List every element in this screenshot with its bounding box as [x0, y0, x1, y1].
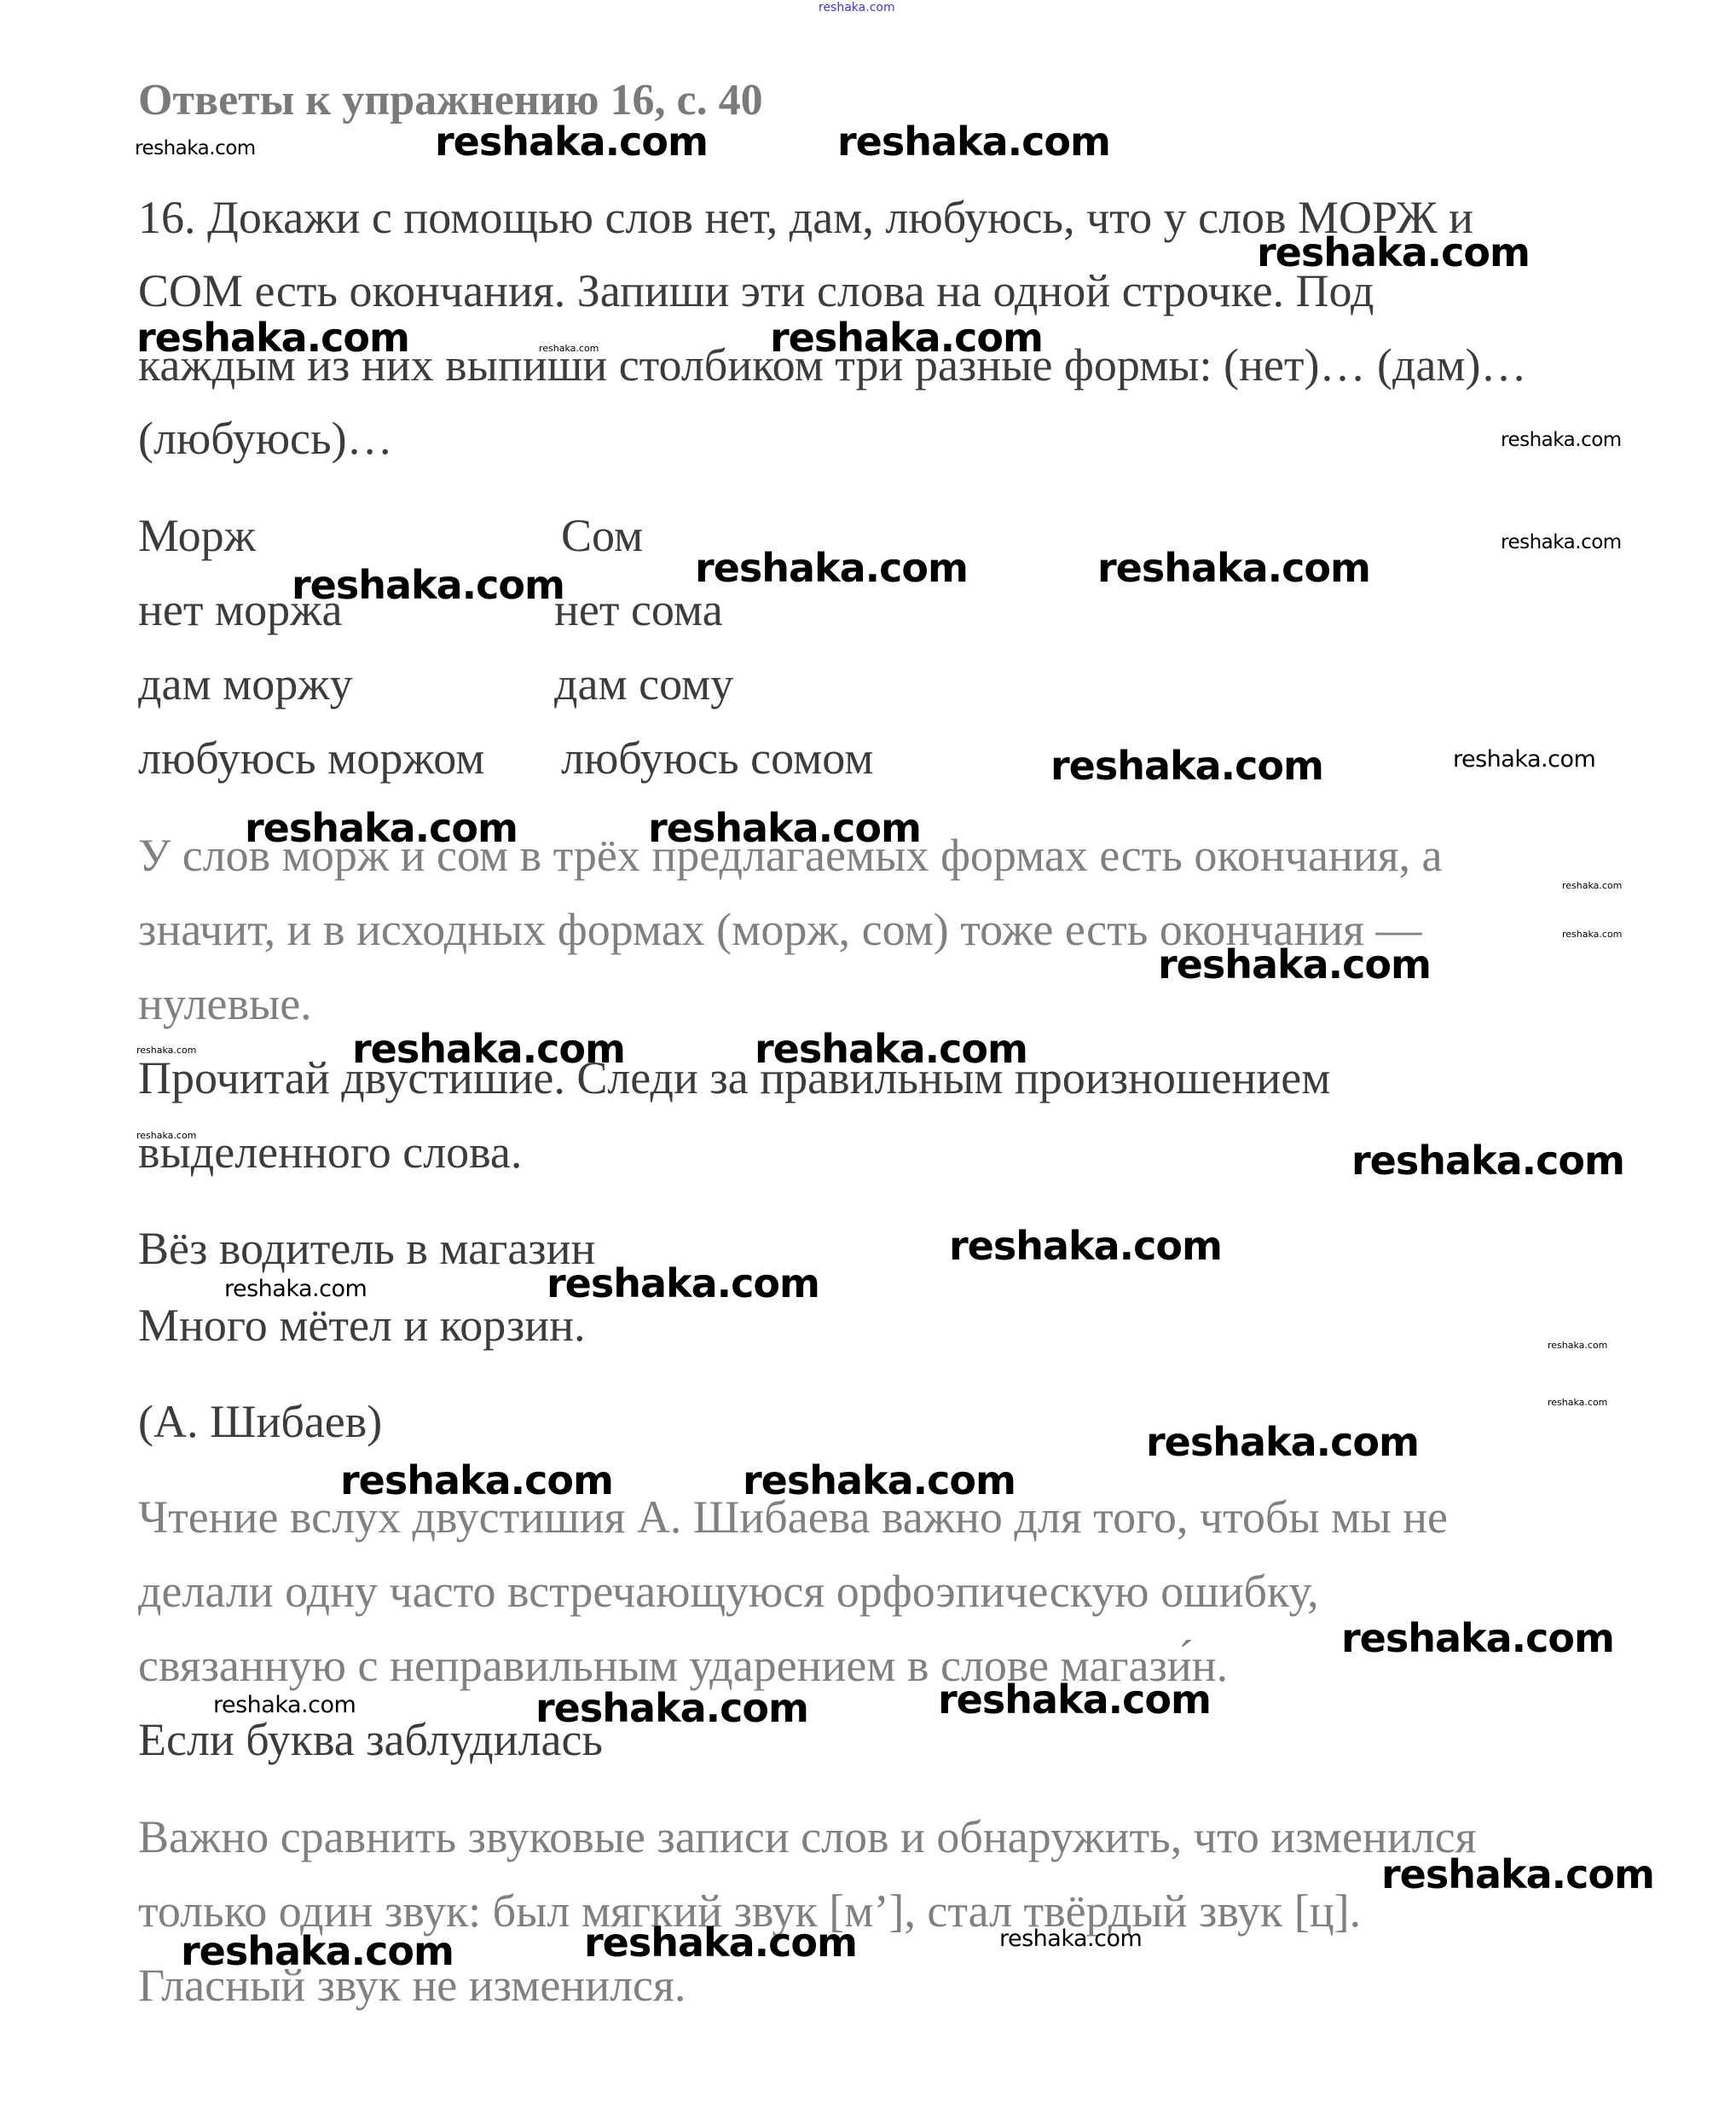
- table-cell: любуюсь моржом: [138, 735, 484, 781]
- watermark: reshaka.com: [547, 1264, 819, 1303]
- poem-author: (А. Шибаев): [138, 1399, 382, 1445]
- watermark: reshaka.com: [135, 139, 256, 159]
- table-cell: нет сома: [554, 587, 723, 633]
- watermark: reshaka.com: [136, 1045, 196, 1055]
- answer-line: нулевые.: [138, 981, 312, 1027]
- watermark: reshaka.com: [1501, 533, 1622, 553]
- watermark: reshaka.com: [1501, 431, 1622, 450]
- watermark: reshaka.com: [136, 1131, 196, 1140]
- watermark: reshaka.com: [648, 808, 921, 848]
- poem-line: Много мётел и корзин.: [138, 1302, 586, 1348]
- watermark: reshaka.com: [224, 1277, 367, 1300]
- answer-line: делали одну часто встречающуюся орфоэпич…: [138, 1568, 1319, 1614]
- answer-line: Важно сравнить звуковые записи слов и об…: [138, 1814, 1476, 1860]
- column-header-som: Сом: [561, 513, 643, 559]
- watermark: reshaka.com: [949, 1226, 1222, 1265]
- watermark: reshaka.com: [695, 548, 968, 588]
- watermark: reshaka.com: [1351, 1141, 1624, 1180]
- watermark: reshaka.com: [1562, 881, 1622, 890]
- watermark: reshaka.com: [1548, 1398, 1607, 1407]
- watermark: reshaka.com: [181, 1931, 454, 1971]
- watermark: reshaka.com: [999, 1927, 1142, 1950]
- column-header-morzh: Морж: [138, 513, 256, 559]
- watermark: reshaka.com: [535, 1688, 808, 1728]
- watermark: reshaka.com: [1381, 1855, 1654, 1894]
- watermark: reshaka.com: [435, 122, 708, 161]
- watermark: reshaka.com: [743, 1461, 1016, 1500]
- task-line: (любуюсь)…: [138, 415, 393, 461]
- task-line: СОМ есть окончания. Запиши эти слова на …: [138, 268, 1374, 314]
- poem-line: Вёз водитель в магазин: [138, 1225, 595, 1271]
- watermark: reshaka.com: [1562, 929, 1622, 939]
- watermark: reshaka.com: [1548, 1341, 1607, 1350]
- watermark: reshaka.com: [136, 318, 409, 357]
- watermark: reshaka.com: [938, 1680, 1211, 1719]
- watermark: reshaka.com: [755, 1029, 1027, 1068]
- watermark: reshaka.com: [1453, 748, 1595, 771]
- watermark: reshaka.com: [770, 318, 1043, 357]
- watermark: reshaka.com: [1146, 1422, 1419, 1462]
- watermark: reshaka.com: [1257, 233, 1530, 272]
- watermark: reshaka.com: [1158, 945, 1431, 984]
- site-link[interactable]: reshaka.com: [819, 2, 895, 14]
- watermark: reshaka.com: [837, 122, 1110, 161]
- task2-line: Прочитай двустишие. Следи за правильным …: [138, 1055, 1330, 1101]
- table-cell: любуюсь сомом: [561, 735, 873, 781]
- watermark: reshaka.com: [1341, 1619, 1614, 1658]
- table-cell: дам сому: [554, 661, 733, 707]
- watermark: reshaka.com: [245, 808, 518, 848]
- watermark: reshaka.com: [292, 565, 564, 605]
- watermark: reshaka.com: [1050, 746, 1323, 785]
- section-heading: Если буква заблудилась: [138, 1717, 603, 1763]
- watermark: reshaka.com: [340, 1461, 613, 1500]
- watermark: reshaka.com: [213, 1694, 356, 1717]
- watermark: reshaka.com: [352, 1029, 625, 1068]
- table-cell: дам моржу: [138, 661, 353, 707]
- watermark: reshaka.com: [1097, 548, 1370, 588]
- page-title: Ответы к упражнению 16, с. 40: [138, 78, 763, 123]
- watermark: reshaka.com: [584, 1923, 857, 1962]
- watermark: reshaka.com: [539, 344, 599, 353]
